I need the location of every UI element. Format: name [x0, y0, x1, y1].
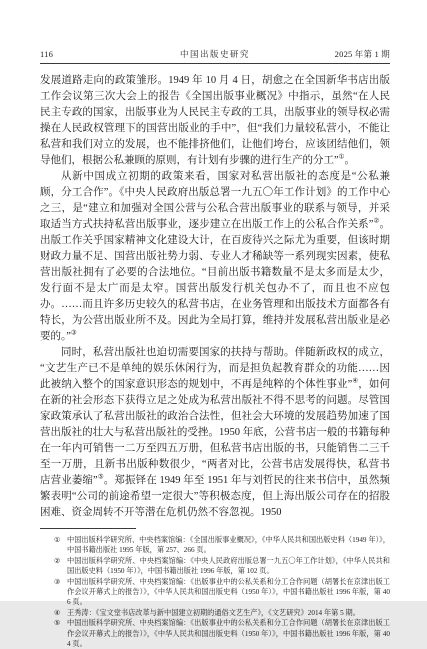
article-body: 发展道路走向的政策雏形。1949 年 10 月 4 日，胡愈之在全国新华书店出版… — [40, 73, 390, 521]
footnote-number: ⑤ — [54, 618, 67, 628]
footnote-text: 中国出版科学研究所、中央档案馆编：《出版事业中的公私关系和分工合作问题（胡署长在… — [67, 618, 390, 649]
footnote-item: ③中国出版科学研究所、中央档案馆编：《出版事业中的公私关系和分工合作问题（胡署长… — [40, 577, 390, 608]
page-header: 116 中国出版史研究 2025 年第 1 期 — [40, 48, 390, 60]
footnote-text: 王秀涛：《宝文堂书店改革与新中国建立初期的通俗文艺生产》，《文艺研究》2014 … — [67, 608, 390, 618]
footnote-marker: ② — [373, 218, 379, 225]
body-paragraph: 从新中国成立初期的政策来看，国家对私营出版社的态度是“公私兼顾，分工合作”。《中… — [40, 169, 390, 345]
footnote-item: ②中国出版科学研究所、中央档案馆编：《中央人民政府出版总署一九五〇年工作计划》，… — [40, 556, 390, 577]
footnote-marker: ④ — [352, 378, 358, 385]
footnote-number: ④ — [54, 608, 67, 618]
footnote-item: ①中国出版科学研究所、中央档案馆编：《全国出版事业概况》，《中华人民共和国出版史… — [40, 535, 390, 556]
footnote-marker: ⑤ — [98, 474, 104, 481]
footnotes: ①中国出版科学研究所、中央档案馆编：《全国出版事业概况》，《中华人民共和国出版史… — [40, 535, 390, 649]
footnote-text: 中国出版科学研究所、中央档案馆编：《中央人民政府出版总署一九五〇年工作计划》，《… — [67, 556, 390, 577]
body-paragraph: 同时，私营出版社也迫切需要国家的扶持与帮助。伴随新政权的成立，“文艺生产已不是单… — [40, 345, 390, 521]
journal-title: 中国出版史研究 — [180, 48, 250, 60]
footnote-marker: ③ — [71, 330, 77, 337]
footnote-text: 中国出版科学研究所、中央档案馆编：《全国出版事业概况》，《中华人民共和国出版史料… — [67, 535, 390, 556]
header-rule — [40, 63, 390, 64]
footnote-item: ⑤中国出版科学研究所、中央档案馆编：《出版事业中的公私关系和分工合作问题（胡署长… — [40, 618, 390, 649]
body-paragraph: 发展道路走向的政策雏形。1949 年 10 月 4 日，胡愈之在全国新华书店出版… — [40, 73, 390, 169]
footnote-item: ④王秀涛：《宝文堂书店改革与新中国建立初期的通俗文艺生产》，《文艺研究》2014… — [40, 608, 390, 618]
journal-page: 116 中国出版史研究 2025 年第 1 期 发展道路走向的政策雏形。1949… — [0, 0, 427, 601]
footnote-number: ② — [54, 556, 67, 566]
footnote-separator — [40, 528, 136, 529]
footnote-number: ③ — [54, 577, 67, 587]
issue-label: 2025 年第 1 期 — [250, 48, 390, 60]
page-number: 116 — [40, 49, 180, 59]
footnote-number: ① — [54, 535, 67, 545]
footnote-text: 中国出版科学研究所、中央档案馆编：《出版事业中的公私关系和分工合作问题（胡署长在… — [67, 577, 390, 608]
footnote-marker: ① — [339, 154, 345, 161]
